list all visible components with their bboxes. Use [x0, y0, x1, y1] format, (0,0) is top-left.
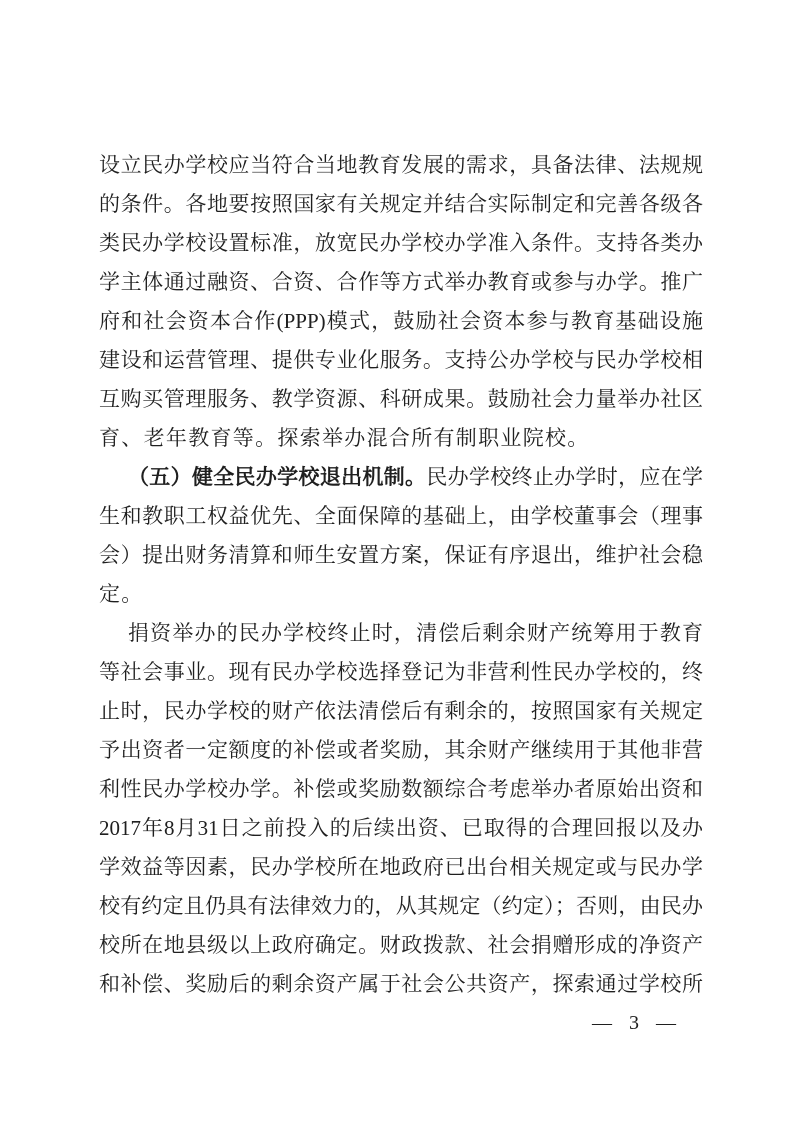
text-line: 互购买管理服务、教学资源、科研成果。鼓励社会力量举办社区教	[99, 380, 703, 419]
text-line-paragraph-end: 定。	[99, 575, 703, 614]
text-line-section-5: （五）健全民办学校退出机制。民办学校终止办学时，应在学	[99, 458, 703, 497]
page-number: — 3 —	[592, 1008, 678, 1038]
text-line: 设立民办学校应当符合当地教育发展的需求，具备法律、法规规定	[99, 146, 703, 185]
text-line-paragraph-start: 捐资举办的民办学校终止时，清偿后剩余财产统筹用于教育	[99, 614, 703, 653]
text-line: 止时，民办学校的财产依法清偿后有剩余的，按照国家有关规定给	[99, 692, 703, 731]
document-page: 设立民办学校应当符合当地教育发展的需求，具备法律、法规规定 的条件。各地要按照国…	[0, 0, 800, 1132]
text-line: 等社会事业。现有民办学校选择登记为非营利性民办学校的，终	[99, 653, 703, 692]
text-line: 建设和运营管理、提供专业化服务。支持公办学校与民办学校相	[99, 341, 703, 380]
text-line: 生和教职工权益优先、全面保障的基础上，由学校董事会（理事	[99, 497, 703, 536]
text-line: 校有约定且仍具有法律效力的，从其规定（约定）；否则，由民办学	[99, 887, 703, 926]
text-line: 利性民办学校办学。补偿或奖励数额综合考虑举办者原始出资和	[99, 770, 703, 809]
section-heading: （五）健全民办学校退出机制。	[128, 465, 426, 489]
text-line: 类民办学校设置标准，放宽民办学校办学准入条件。支持各类办	[99, 224, 703, 263]
text-line: 2017年8月31日之前投入的后续出资、已取得的合理回报以及办	[99, 809, 703, 848]
text-line: 予出资者一定额度的补偿或者奖励，其余财产继续用于其他非营	[99, 731, 703, 770]
text-line: 会）提出财务清算和师生安置方案，保证有序退出，维护社会稳	[99, 536, 703, 575]
text-line: 府和社会资本合作(PPP)模式，鼓励社会资本参与教育基础设施	[99, 302, 703, 341]
document-body: 设立民办学校应当符合当地教育发展的需求，具备法律、法规规定 的条件。各地要按照国…	[99, 146, 703, 1004]
text-line: 和补偿、奖励后的剩余资产属于社会公共资产，探索通过学校所在	[99, 965, 703, 1004]
section-heading-rest: 民办学校终止办学时，应在学	[426, 465, 703, 489]
text-line: 学主体通过融资、合资、合作等方式举办教育或参与办学。推广政	[99, 263, 703, 302]
text-line: 校所在地县级以上政府确定。财政拨款、社会捐赠形成的净资产	[99, 926, 703, 965]
text-line-paragraph-end: 育、老年教育等。探索举办混合所有制职业院校。	[99, 419, 703, 458]
text-line: 的条件。各地要按照国家有关规定并结合实际制定和完善各级各	[99, 185, 703, 224]
text-line: 学效益等因素，民办学校所在地政府已出台相关规定或与民办学	[99, 848, 703, 887]
